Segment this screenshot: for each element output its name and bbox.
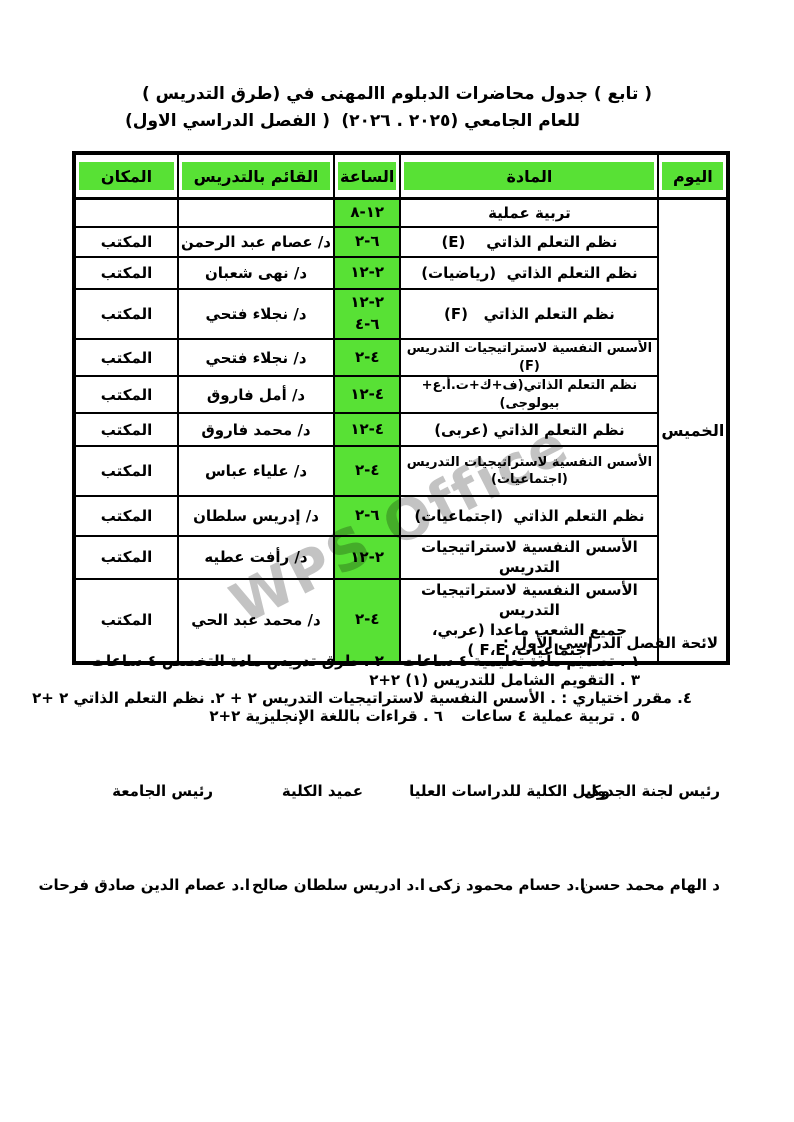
header-subject: المادة (400, 153, 658, 198)
place-cell: المكتب (74, 257, 178, 289)
instructor-cell: د/ محمد فاروق (178, 413, 334, 446)
table-row: الخميس تربية عملية ١٢-٨ (74, 198, 728, 227)
table-row: الأسس النفسية لاستراتيجيات التدريس (F) ٤… (74, 339, 728, 376)
time-cell: ٤-١٢ (334, 376, 400, 413)
notes-heading: لائحة الفصل الدراسي الأول : (66, 634, 722, 652)
schedule-table: اليوم المادة الساعة القائم بالتدريس المك… (72, 151, 730, 665)
table-row: نظم التعلم الذاتي (رياضيات) ٢-١٢ د/ نهى … (74, 257, 728, 289)
time-cell: ٦-٢ (334, 227, 400, 257)
subject-cell: نظم التعلم الذاتي (عربى) (400, 413, 658, 446)
semester-label: ( الفصل الدراسي الاول) (125, 111, 330, 131)
table-row: نظم التعلم الذاتي (F) ٢-١٢ ٦-٤ د/ نجلاء … (74, 289, 728, 339)
time-cell: ٤-٢ (334, 339, 400, 376)
subject-cell: الأسس النفسية لاستراتيجيات التدريس (اجتم… (400, 446, 658, 496)
instructor-cell: د/ إدريس سلطان (178, 496, 334, 536)
subject-cell: نظم التعلم الذاتي (E) (400, 227, 658, 257)
place-cell: المكتب (74, 339, 178, 376)
time-cell: ٢-١٢ (334, 536, 400, 579)
document-title: ( تابع ) جدول محاضرات الدبلوم االمهنى في… (0, 84, 794, 104)
subject-cell: تربية عملية (400, 198, 658, 227)
header-instructor: القائم بالتدريس (178, 153, 334, 198)
time-cell: ٤-٢ (334, 446, 400, 496)
time-cell: ٤-١٢ (334, 413, 400, 446)
signature-name: ا.د حسام محمود زكى (428, 876, 585, 894)
academic-year-value: (٢٠٢٥ . ٢٠٢٦) (341, 111, 458, 131)
place-cell: المكتب (74, 446, 178, 496)
subject-cell: الأسس النفسية لاستراتيجيات التدريس (400, 536, 658, 579)
instructor-cell: د/ نجلاء فتحي (178, 339, 334, 376)
place-cell: المكتب (74, 289, 178, 339)
subject-cell: نظم التعلم الذاتي (رياضيات) (400, 257, 658, 289)
instructor-cell (178, 198, 334, 227)
subject-cell: نظم التعلم الذاتي (F) (400, 289, 658, 339)
note-item: ٥ . تربية عملية ٤ ساعات (461, 707, 640, 725)
note-item: ٢ . طرق تدريس مادة التخصص ٤ ساعات (91, 652, 384, 670)
note-line: ٤. مقرر اختياري : . الأسس النفسية لاسترا… (66, 689, 722, 707)
instructor-cell: د/ رأفت عطيه (178, 536, 334, 579)
table-row: نظم التعلم الذاتي (E) ٦-٢ د/ عصام عبد ال… (74, 227, 728, 257)
table-row: نظم التعلم الذاتي (عربى) ٤-١٢ د/ محمد فا… (74, 413, 728, 446)
instructor-cell: د/ نهى شعبان (178, 257, 334, 289)
signature-titles-row: رئيس لجنة الجدول وكيل الكلية للدراسات ال… (0, 782, 794, 804)
signature-title: عميد الكلية (282, 782, 363, 800)
place-cell: المكتب (74, 536, 178, 579)
signature-names-row: د الهام محمد حسن ا.د حسام محمود زكى ا.د … (0, 876, 794, 898)
note-item: ٦ . قراءات باللغة الإنجليزية ٢+٢ (209, 707, 443, 725)
day-cell: الخميس (658, 198, 728, 663)
document-subtitle: للعام الجامعي (٢٠٢٥ . ٢٠٢٦) ( الفصل الدر… (0, 111, 794, 135)
subject-cell: الأسس النفسية لاستراتيجيات التدريس (F) (400, 339, 658, 376)
note-item: ١ . تصميم مادة تعليمية ٤ ساعات (402, 652, 640, 670)
signature-title: رئيس الجامعة (112, 782, 213, 800)
header-time: الساعة (334, 153, 400, 198)
instructor-cell: د/ عصام عبد الرحمن (178, 227, 334, 257)
note-line: ٣ . التقويم الشامل للتدريس (١) ٢+٢ (66, 671, 722, 689)
signature-name: ا.د ادريس سلطان صالح (252, 876, 425, 894)
header-row: اليوم المادة الساعة القائم بالتدريس المك… (74, 153, 728, 198)
instructor-cell: د/ نجلاء فتحي (178, 289, 334, 339)
note-line: ١ . تصميم مادة تعليمية ٤ ساعات٢ . طرق تد… (66, 652, 722, 670)
subject-cell: نظم التعلم الذاتي(ف+ك+ت.أ.ع+ بيولوجى) (400, 376, 658, 413)
table-row: نظم التعلم الذاتي (اجتماعيات) ٦-٢ د/ إدر… (74, 496, 728, 536)
signature-title: وكيل الكلية للدراسات العليا (409, 782, 610, 800)
place-cell: المكتب (74, 496, 178, 536)
document-page: WPS Office ( تابع ) جدول محاضرات الدبلوم… (0, 0, 794, 1122)
instructor-cell: د/ علياء عباس (178, 446, 334, 496)
place-cell (74, 198, 178, 227)
place-cell: المكتب (74, 376, 178, 413)
time-cell: ٦-٢ (334, 496, 400, 536)
instructor-cell: د/ أمل فاروق (178, 376, 334, 413)
time-cell: ٢-١٢ ٦-٤ (334, 289, 400, 339)
signature-name: ا.د عصام الدين صادق فرحات (38, 876, 250, 894)
note-line: ٥ . تربية عملية ٤ ساعات٦ . قراءات باللغة… (66, 707, 722, 725)
table-row: نظم التعلم الذاتي(ف+ك+ت.أ.ع+ بيولوجى) ٤-… (74, 376, 728, 413)
header-place: المكان (74, 153, 178, 198)
header-day: اليوم (658, 153, 728, 198)
signature-name: د الهام محمد حسن (581, 876, 720, 894)
academic-year-label: للعام الجامعي (464, 111, 580, 131)
academic-year: للعام الجامعي (٢٠٢٥ . ٢٠٢٦) (341, 111, 580, 131)
time-cell: ٢-١٢ (334, 257, 400, 289)
table-row: الأسس النفسية لاستراتيجيات التدريس ٢-١٢ … (74, 536, 728, 579)
place-cell: المكتب (74, 413, 178, 446)
regulation-notes: لائحة الفصل الدراسي الأول : ١ . تصميم ما… (66, 634, 722, 725)
subject-cell: نظم التعلم الذاتي (اجتماعيات) (400, 496, 658, 536)
place-cell: المكتب (74, 227, 178, 257)
time-cell: ١٢-٨ (334, 198, 400, 227)
table-row: الأسس النفسية لاستراتيجيات التدريس (اجتم… (74, 446, 728, 496)
